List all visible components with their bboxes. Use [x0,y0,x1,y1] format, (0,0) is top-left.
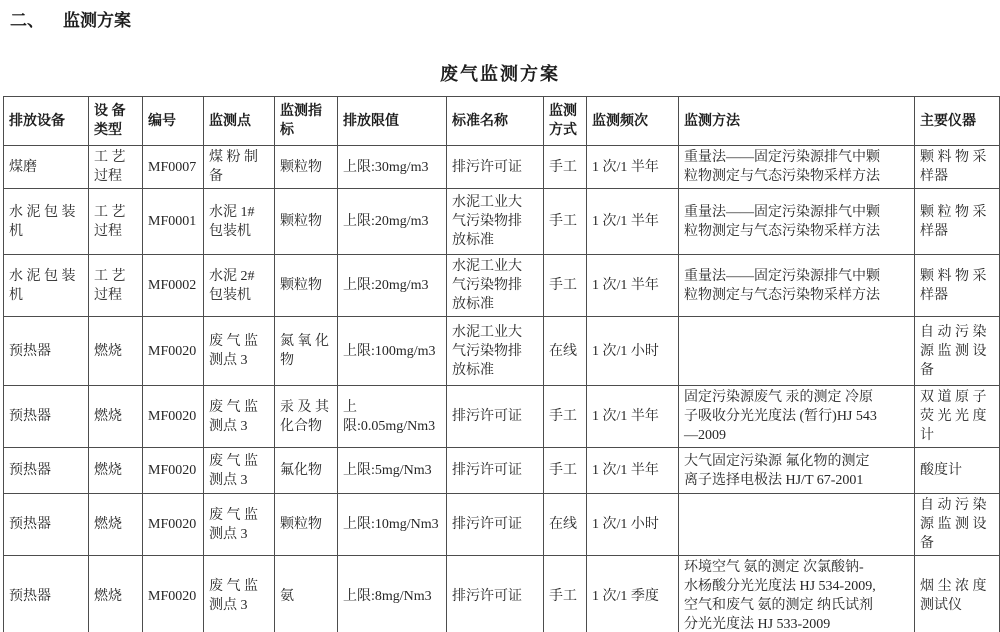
section-title: 监测方案 [63,11,131,30]
column-header: 编号 [143,97,204,146]
table-cell: 双 道 原 子 荧 光 光 度 计 [915,386,1000,448]
table-cell: 废 气 监 测点 3 [204,386,275,448]
table-cell: 上限:8mg/Nm3 [338,556,447,632]
table-row: 预热器燃烧MF0020废 气 监 测点 3氮 氧 化 物上限:100mg/m3水… [4,317,1000,386]
table-cell: 燃烧 [89,317,143,386]
table-cell [679,317,915,386]
table-cell: 预热器 [4,448,89,494]
table-cell: 煤 粉 制 备 [204,146,275,189]
column-header: 标准名称 [447,97,544,146]
table-cell: 在线 [544,494,587,556]
table-cell: 氨 [275,556,338,632]
table-row: 预热器燃烧MF0020废 气 监 测点 3颗粒物上限:10mg/Nm3排污许可证… [4,494,1000,556]
table-cell: 工 艺 过程 [89,255,143,317]
table-cell: MF0002 [143,255,204,317]
table-title: 废气监测方案 [0,60,1000,86]
table-cell: 颗粒物 [275,146,338,189]
table-cell: 1 次/1 半年 [587,448,679,494]
column-header: 设 备 类型 [89,97,143,146]
table-cell: 燃烧 [89,448,143,494]
table-cell: 水泥工业大 气污染物排 放标准 [447,255,544,317]
table-cell: 燃烧 [89,556,143,632]
table-cell: 上限:5mg/Nm3 [338,448,447,494]
table-cell: 大气固定污染源 氟化物的测定 离子选择电极法 HJ/T 67-2001 [679,448,915,494]
table-cell: 氟化物 [275,448,338,494]
table-cell: 水泥 1# 包装机 [204,189,275,255]
table-cell: 排污许可证 [447,448,544,494]
table-cell: 水 泥 包 装 机 [4,189,89,255]
table-cell: 废 气 监 测点 3 [204,448,275,494]
table-cell: 排污许可证 [447,494,544,556]
table-cell: 环境空气 氨的测定 次氯酸钠- 水杨酸分光光度法 HJ 534-2009, 空气… [679,556,915,632]
column-header: 监测频次 [587,97,679,146]
table-cell: MF0020 [143,556,204,632]
table-cell: 重量法——固定污染源排气中颗 粒物测定与气态污染物采样方法 [679,189,915,255]
table-cell: 颗粒物 [275,189,338,255]
section-heading: 二、监测方案 [10,6,131,31]
column-header: 监测指 标 [275,97,338,146]
column-header: 排放设备 [4,97,89,146]
column-header: 排放限值 [338,97,447,146]
table-cell: 颗粒物 [275,494,338,556]
table-cell: 排污许可证 [447,146,544,189]
table-cell: 上限:20mg/m3 [338,255,447,317]
table-cell: 手工 [544,448,587,494]
table-cell [679,494,915,556]
table-cell: MF0020 [143,494,204,556]
table-row: 预热器燃烧MF0020废 气 监 测点 3汞 及 其 化合物上 限:0.05mg… [4,386,1000,448]
table-cell: 1 次/1 小时 [587,494,679,556]
table-cell: 重量法——固定污染源排气中颗 粒物测定与气态污染物采样方法 [679,146,915,189]
table-cell: 水泥工业大 气污染物排 放标准 [447,189,544,255]
table-cell: 预热器 [4,386,89,448]
table-cell: 颗粒物 [275,255,338,317]
document-page: 二、监测方案 废气监测方案 排放设备设 备 类型编号监测点监测指 标排放限值标准… [0,0,1000,632]
table-cell: 预热器 [4,494,89,556]
table-row: 预热器燃烧MF0020废 气 监 测点 3氟化物上限:5mg/Nm3排污许可证手… [4,448,1000,494]
table-cell: 1 次/1 半年 [587,189,679,255]
table-cell: 工 艺 过程 [89,146,143,189]
table-cell: 预热器 [4,556,89,632]
table-cell: 汞 及 其 化合物 [275,386,338,448]
table-cell: 上限:10mg/Nm3 [338,494,447,556]
table-row: 水 泥 包 装 机工 艺 过程MF0002水泥 2# 包装机颗粒物上限:20mg… [4,255,1000,317]
table-cell: 自 动 污 染 源 监 测 设 备 [915,317,1000,386]
table-row: 水 泥 包 装 机工 艺 过程MF0001水泥 1# 包装机颗粒物上限:20mg… [4,189,1000,255]
column-header: 监测点 [204,97,275,146]
table-cell: 手工 [544,255,587,317]
table-cell: MF0020 [143,386,204,448]
table-cell: MF0020 [143,448,204,494]
table-cell: 排污许可证 [447,386,544,448]
table-cell: 氮 氧 化 物 [275,317,338,386]
table-cell: 烟 尘 浓 度 测试仪 [915,556,1000,632]
table-cell: 重量法——固定污染源排气中颗 粒物测定与气态污染物采样方法 [679,255,915,317]
table-cell: 自 动 污 染 源 监 测 设 备 [915,494,1000,556]
table-header-row: 排放设备设 备 类型编号监测点监测指 标排放限值标准名称监测 方式监测频次监测方… [4,97,1000,146]
table-cell: 1 次/1 半年 [587,146,679,189]
table-row: 预热器燃烧MF0020废 气 监 测点 3氨上限:8mg/Nm3排污许可证手工1… [4,556,1000,632]
column-header: 监测 方式 [544,97,587,146]
table-cell: 颗 料 物 采 样器 [915,255,1000,317]
column-header: 主要仪器 [915,97,1000,146]
table-cell: 排污许可证 [447,556,544,632]
table-cell: MF0020 [143,317,204,386]
table-cell: 1 次/1 半年 [587,386,679,448]
table-cell: 上限:30mg/m3 [338,146,447,189]
table-cell: 上限:100mg/m3 [338,317,447,386]
table-cell: 水泥 2# 包装机 [204,255,275,317]
table-cell: 手工 [544,556,587,632]
table-cell: 工 艺 过程 [89,189,143,255]
table-cell: 酸度计 [915,448,1000,494]
section-number: 二、 [10,11,44,30]
table-cell: 燃烧 [89,386,143,448]
table-cell: MF0007 [143,146,204,189]
table-cell: 废 气 监 测点 3 [204,556,275,632]
table-cell: 在线 [544,317,587,386]
column-header: 监测方法 [679,97,915,146]
table-cell: 水 泥 包 装 机 [4,255,89,317]
table-cell: MF0001 [143,189,204,255]
table-cell: 预热器 [4,317,89,386]
table-cell: 颗 粒 物 采 样器 [915,189,1000,255]
waste-gas-monitoring-table: 排放设备设 备 类型编号监测点监测指 标排放限值标准名称监测 方式监测频次监测方… [3,96,1000,632]
table-cell: 水泥工业大 气污染物排 放标准 [447,317,544,386]
table-cell: 上限:20mg/m3 [338,189,447,255]
table-cell: 颗 料 物 采 样器 [915,146,1000,189]
table-cell: 固定污染源废气 汞的测定 冷原 子吸收分光光度法 (暂行)HJ 543 —200… [679,386,915,448]
table-cell: 上 限:0.05mg/Nm3 [338,386,447,448]
table-cell: 1 次/1 季度 [587,556,679,632]
table-cell: 手工 [544,386,587,448]
table-cell: 废 气 监 测点 3 [204,317,275,386]
table-cell: 1 次/1 小时 [587,317,679,386]
table-cell: 1 次/1 半年 [587,255,679,317]
table-cell: 手工 [544,189,587,255]
table-cell: 手工 [544,146,587,189]
table-cell: 煤磨 [4,146,89,189]
table-cell: 废 气 监 测点 3 [204,494,275,556]
table-row: 煤磨工 艺 过程MF0007煤 粉 制 备颗粒物上限:30mg/m3排污许可证手… [4,146,1000,189]
table-cell: 燃烧 [89,494,143,556]
